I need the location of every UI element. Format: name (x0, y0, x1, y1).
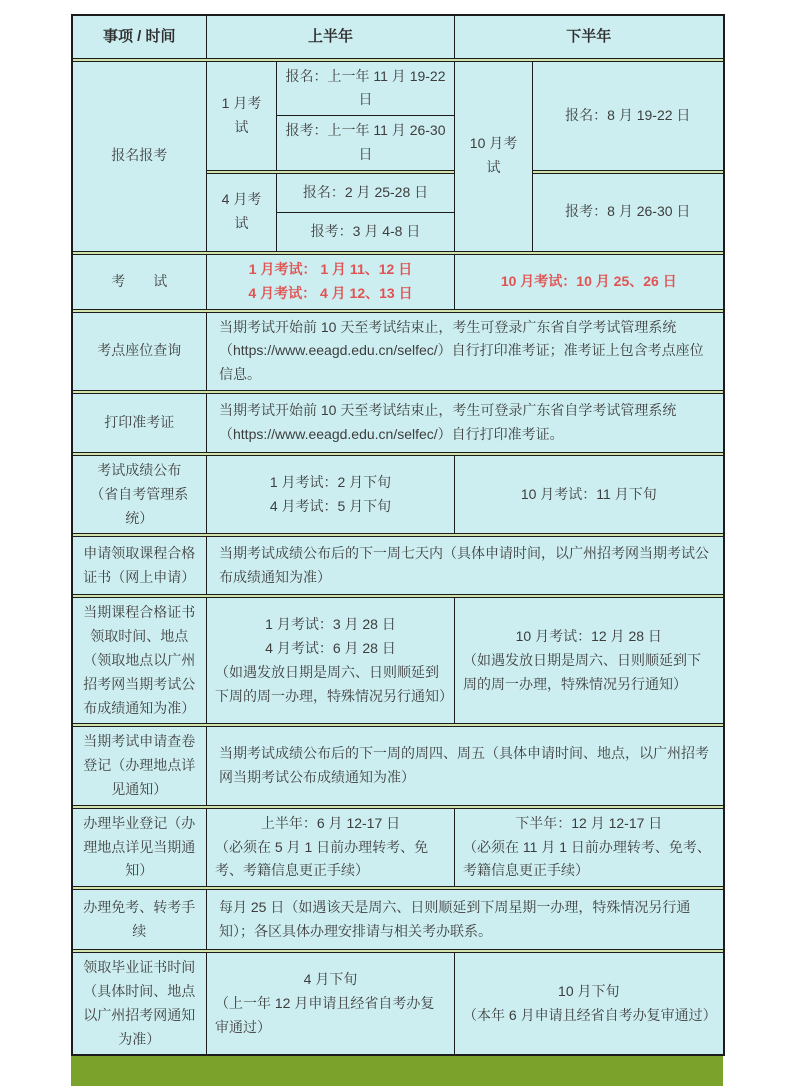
exam-row: 考 试 1 月考试： 1 月 11、12 日 4 月考试： 4 月 12、13 … (72, 254, 724, 309)
cell-enroll-apr-signup: 报名：2 月 25-28 日 (277, 173, 455, 212)
label-diploma: 领取毕业证书时间（具体时间、地点以广州招考网通知为准） (72, 953, 207, 1056)
cell-cert-pickup-first-half: 1 月考试：3 月 28 日 4 月考试：6 月 28 日 （如遇发放日期是周六… (207, 598, 455, 724)
cell-cert-apply-text: 当期考试成绩公布后的下一周七天内（具体申请时间，以广州招考网当期考试公布成绩通知… (207, 537, 724, 595)
label-transfer: 办理免考、转考手续 (72, 890, 207, 950)
label-results: 考试成绩公布 （省自考管理系统） (72, 456, 207, 534)
header-row: 事项 / 时间 上半年 下半年 (72, 15, 724, 58)
header-second-half: 下半年 (455, 15, 724, 58)
cell-ticket-text: 当期考试开始前 10 天至考试结束止，考生可登录广东省自学考试管理系统 （htt… (207, 394, 724, 453)
cert-pickup-row: 当期课程合格证书领取时间、地点（领取地点以广州招考网当期考试公布成绩通知为准） … (72, 598, 724, 724)
cell-enroll-oct-signup: 报名：8 月 19-22 日 (533, 61, 724, 170)
diploma-row: 领取毕业证书时间（具体时间、地点以广州招考网通知为准） 4 月下旬 （上一年 1… (72, 953, 724, 1056)
cell-enroll-oct-register: 报考：8 月 26-30 日 (533, 173, 724, 251)
enroll-row-jan-signup: 报名报考 1 月考试 报名：上一年 11 月 19-22 日 10 月考试 报名… (72, 61, 724, 116)
results-row: 考试成绩公布 （省自考管理系统） 1 月考试：2 月下旬 4 月考试：5 月下旬… (72, 456, 724, 534)
cell-graduation-second-half: 下半年：12 月 12-17 日 （必须在 11 月 1 日前办理转考、免考、考… (455, 808, 724, 886)
label-recheck: 当期考试申请查卷登记（办理地点详见通知） (72, 727, 207, 805)
cell-results-first-half: 1 月考试：2 月下旬 4 月考试：5 月下旬 (207, 456, 455, 534)
label-enroll: 报名报考 (72, 61, 207, 251)
graduation-row: 办理毕业登记（办理地点详见当期通知） 上半年：6 月 12-17 日 （必须在 … (72, 808, 724, 886)
label-exam: 考 试 (72, 254, 207, 309)
cell-enroll-apr-register: 报考：3 月 4-8 日 (277, 212, 455, 251)
cell-recheck-text: 当期考试成绩公布后的下一周的周四、周五（具体申请时间、地点，以广州招考网当期考试… (207, 727, 724, 805)
cert-apply-row: 申请领取课程合格证书（网上申请） 当期考试成绩公布后的下一周七天内（具体申请时间… (72, 537, 724, 595)
header-item-time: 事项 / 时间 (72, 15, 207, 58)
cell-enroll-jan-label: 1 月考试 (207, 61, 277, 170)
cell-results-second-half: 10 月考试：11 月下旬 (455, 456, 724, 534)
page-container: 事项 / 时间 上半年 下半年 报名报考 1 月考试 报名：上一年 11 月 1… (71, 0, 723, 1086)
cell-seat-text: 当期考试开始前 10 天至考试结束止，考生可登录广东省自学考试管理系统 （htt… (207, 312, 724, 390)
cell-exam-first-half: 1 月考试： 1 月 11、12 日 4 月考试： 4 月 12、13 日 (207, 254, 455, 309)
ticket-row: 打印准考证 当期考试开始前 10 天至考试结束止，考生可登录广东省自学考试管理系… (72, 394, 724, 453)
cell-exam-second-half: 10 月考试：10 月 25、26 日 (455, 254, 724, 309)
label-cert-apply: 申请领取课程合格证书（网上申请） (72, 537, 207, 595)
label-graduation: 办理毕业登记（办理地点详见当期通知） (72, 808, 207, 886)
label-seat: 考点座位查询 (72, 312, 207, 390)
cell-cert-pickup-second-half: 10 月考试：12 月 28 日 （如遇发放日期是周六、日则顺延到下周的周一办理… (455, 598, 724, 724)
header-first-half: 上半年 (207, 15, 455, 58)
recheck-row: 当期考试申请查卷登记（办理地点详见通知） 当期考试成绩公布后的下一周的周四、周五… (72, 727, 724, 805)
cell-enroll-apr-label: 4 月考试 (207, 173, 277, 251)
cell-diploma-second-half: 10 月下旬 （本年 6 月申请且经省自考办复审通过） (455, 953, 724, 1056)
cell-enroll-jan-signup: 报名：上一年 11 月 19-22 日 (277, 61, 455, 116)
cell-transfer-text: 每月 25 日（如遇该天是周六、日则顺延到下周星期一办理，特殊情况另行通知）；各… (207, 890, 724, 950)
cell-graduation-first-half: 上半年：6 月 12-17 日 （必须在 5 月 1 日前办理转考、免考、考籍信… (207, 808, 455, 886)
bottom-green-bar (71, 1056, 723, 1086)
cell-diploma-first-half: 4 月下旬 （上一年 12 月申请且经省自考办复审通过） (207, 953, 455, 1056)
cell-enroll-oct-label: 10 月考试 (455, 61, 533, 251)
label-cert-pickup: 当期课程合格证书领取时间、地点（领取地点以广州招考网当期考试公布成绩通知为准） (72, 598, 207, 724)
label-ticket: 打印准考证 (72, 394, 207, 453)
seat-row: 考点座位查询 当期考试开始前 10 天至考试结束止，考生可登录广东省自学考试管理… (72, 312, 724, 390)
exam-schedule-table: 事项 / 时间 上半年 下半年 报名报考 1 月考试 报名：上一年 11 月 1… (71, 14, 725, 1056)
transfer-row: 办理免考、转考手续 每月 25 日（如遇该天是周六、日则顺延到下周星期一办理，特… (72, 890, 724, 950)
cell-enroll-jan-register: 报考：上一年 11 月 26-30 日 (277, 116, 455, 171)
